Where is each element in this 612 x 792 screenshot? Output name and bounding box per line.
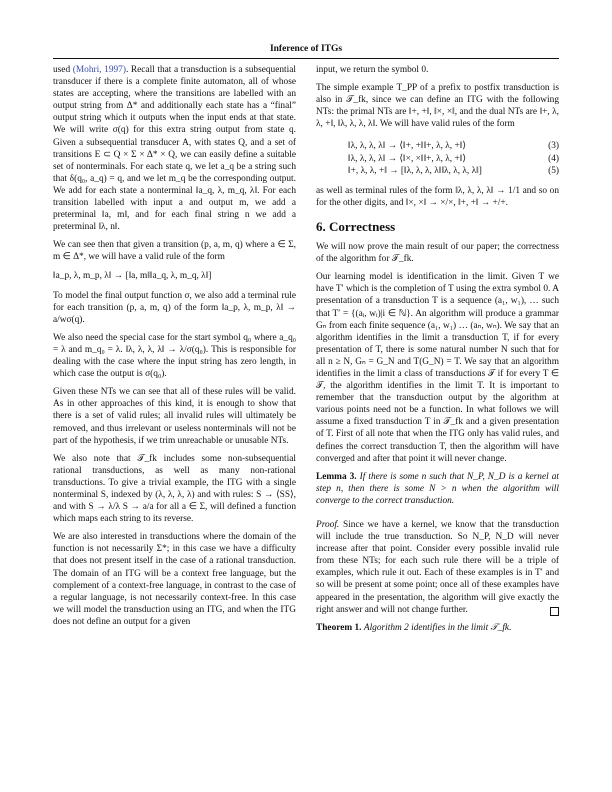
equation-number: (3) <box>548 140 559 152</box>
equation-number: (5) <box>548 165 559 177</box>
paragraph: The simple example T_PP of a prefix to p… <box>316 82 559 130</box>
lemma: Lemma 3. If there is some n such that N_… <box>316 471 559 507</box>
equation-number: (4) <box>548 153 559 165</box>
running-title: Inference of ITGs <box>0 44 612 54</box>
equation-block: ‖λ, λ, λ, λ‖ → ⟨‖+, +‖‖+, λ, λ, +‖⟩ (3) … <box>316 140 559 176</box>
paragraph: We are also interested in transductions … <box>53 531 296 628</box>
rule-formula: ‖a_p, λ, m_p, λ‖ → [‖a, m‖‖a_q, λ, m_q, … <box>53 270 296 282</box>
header-rule <box>53 58 559 59</box>
text: . Recall that a transduction is a subseq… <box>53 65 296 232</box>
paragraph: input, we return the symbol 0. <box>316 64 559 76</box>
paragraph: To model the final output function σ, we… <box>53 290 296 326</box>
equation-4: ‖λ, λ, λ, λ‖ → ⟨‖×, ×‖‖+, λ, λ, +‖⟩ (4) <box>316 153 559 165</box>
proof-label: Proof. <box>316 520 339 530</box>
text: used <box>53 65 73 75</box>
equation-expr: ‖λ, λ, λ, λ‖ → ⟨‖+, +‖‖+, λ, λ, +‖⟩ <box>348 140 466 152</box>
proof: Proof. Since we have a kernel, we know t… <box>316 519 559 616</box>
citation-link[interactable]: (Mohri, 1997) <box>73 65 126 75</box>
paragraph: We will now prove the main result of our… <box>316 241 559 265</box>
theorem: Theorem 1. Algorithm 2 identifies in the… <box>316 622 559 634</box>
left-column: used (Mohri, 1997). Recall that a transd… <box>53 64 296 634</box>
section-heading: 6. Correctness <box>316 221 559 233</box>
theorem-label: Theorem 1. <box>316 623 362 633</box>
equation-expr: ‖+, λ, λ, +‖ → [‖λ, λ, λ, λ‖‖λ, λ, λ, λ‖… <box>348 165 482 177</box>
equation-5: ‖+, λ, λ, +‖ → [‖λ, λ, λ, λ‖‖λ, λ, λ, λ‖… <box>316 165 559 177</box>
proof-text: Since we have a kernel, we know that the… <box>316 520 559 615</box>
equation-expr: ‖λ, λ, λ, λ‖ → ⟨‖×, ×‖‖+, λ, λ, +‖⟩ <box>348 153 466 165</box>
paragraph: We also note that 𝒯_fk includes some non… <box>53 453 296 526</box>
paragraph: Our learning model is identification in … <box>316 271 559 465</box>
paragraph: used (Mohri, 1997). Recall that a transd… <box>53 64 296 233</box>
paragraph: as well as terminal rules of the form ‖λ… <box>316 185 559 209</box>
qed-box-icon <box>550 607 559 616</box>
paragraph: We can see then that given a transition … <box>53 239 296 263</box>
lemma-label: Lemma 3. <box>316 472 357 482</box>
paragraph: We also need the special case for the st… <box>53 332 296 380</box>
equation-3: ‖λ, λ, λ, λ‖ → ⟨‖+, +‖‖+, λ, λ, +‖⟩ (3) <box>316 140 559 152</box>
theorem-text: Algorithm 2 identifies in the limit 𝒯_fk… <box>364 623 512 633</box>
right-column: input, we return the symbol 0. The simpl… <box>316 64 559 640</box>
paragraph: Given these NTs we can see that all of t… <box>53 386 296 446</box>
